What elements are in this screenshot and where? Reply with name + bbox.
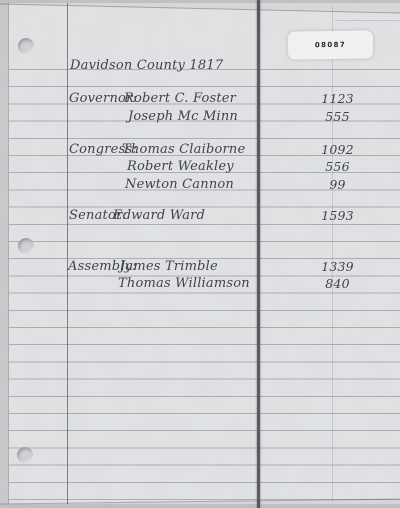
vote-count: 1339 [300,258,375,275]
vote-count: 555 [300,108,375,125]
catalog-number: 08087 [315,41,346,49]
candidate-name: Newton Cannon [125,176,234,193]
record-row: Newton Cannon 99 [0,176,400,193]
title-row: Davidson County 1817 [0,57,400,74]
candidate-name: Robert C. Foster [124,90,236,107]
candidate-name: Thomas Claiborne [122,141,245,158]
vote-count: 840 [300,275,375,292]
vote-count: 99 [300,176,375,193]
candidate-name: Edward Ward [113,207,205,224]
margin-line [67,3,68,504]
candidate-name: Joseph Mc Minn [128,108,238,125]
page-title: Davidson County 1817 [70,57,223,74]
record-row: Assembly: James Trimble 1339 [0,258,400,275]
record-row: Thomas Williamson 840 [0,275,400,292]
binding-edge-line [257,0,260,508]
record-row: Joseph Mc Minn 555 [0,108,400,125]
hole-punch-top [18,38,34,54]
paper-crease-line [332,6,333,502]
partial-ruled-line [335,20,400,21]
vote-count: 1593 [300,207,375,224]
record-row: Governor: Robert C. Foster 1123 [0,90,400,107]
vote-count: 556 [300,158,375,175]
vote-count: 1123 [300,90,375,107]
vote-count: 1092 [300,141,375,158]
scanned-document: { "document": { "catalog_label": "08087"… [0,0,400,508]
candidate-name: James Trimble [120,258,218,275]
record-row: Robert Weakley 556 [0,158,400,175]
record-row: Congress: Thomas Claiborne 1092 [0,141,400,158]
hole-punch-middle [18,238,34,254]
catalog-sticker: 08087 [288,30,373,59]
candidate-name: Robert Weakley [127,158,234,175]
record-row: Senator: Edward Ward 1593 [0,207,400,224]
candidate-name: Thomas Williamson [118,275,250,292]
hole-punch-bottom [17,447,33,463]
